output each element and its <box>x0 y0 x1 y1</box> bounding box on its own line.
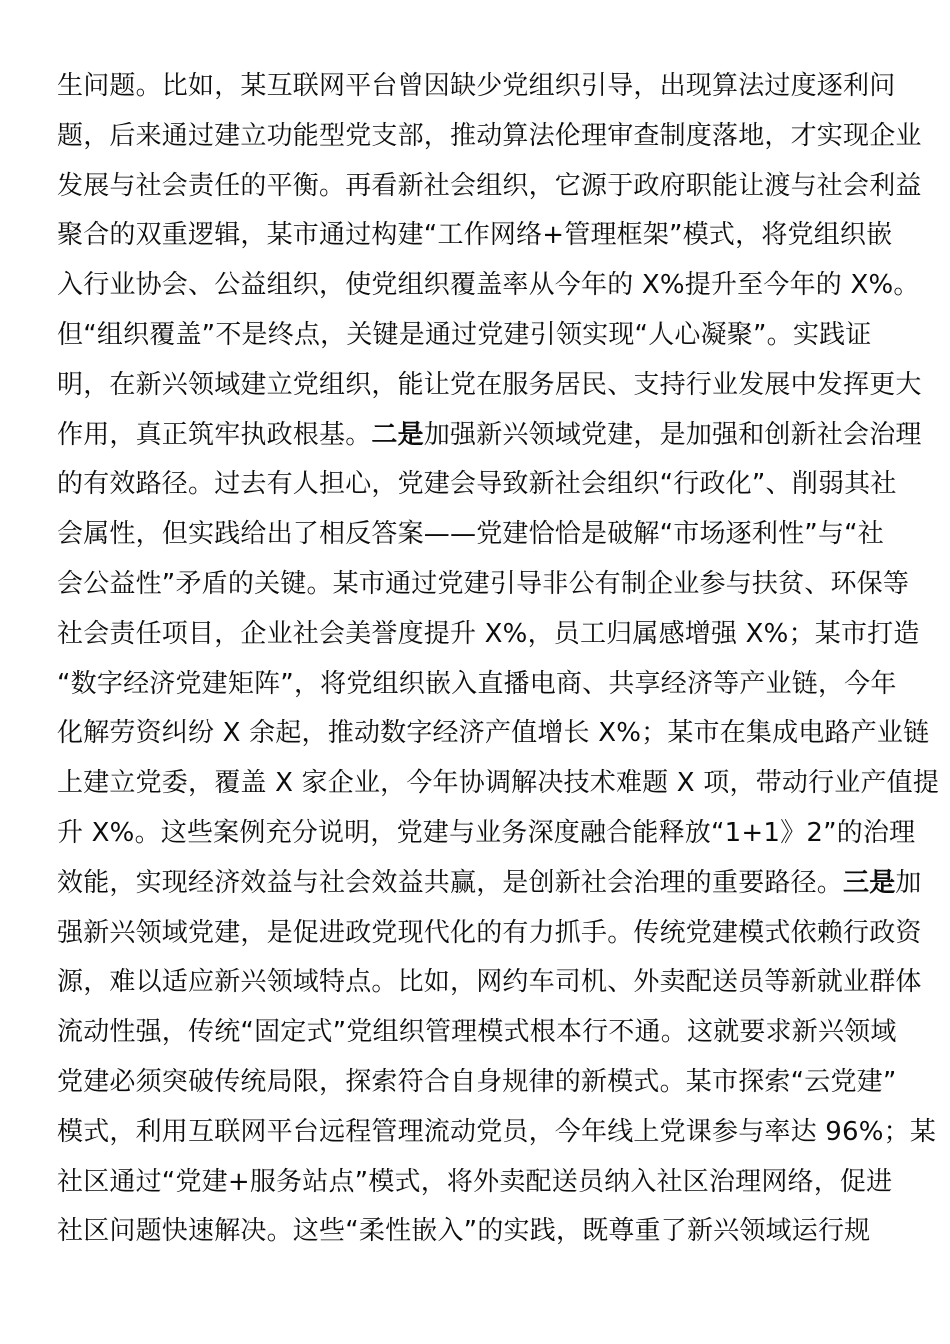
text-segment: 上建立党委，覆盖 X 家企业，今年协调解决技术难题 X 项，带动行业产值提 <box>57 768 939 798</box>
document-page: 生问题。比如，某互联网平台曾因缺少党组织引导，出现算法过度逐利问题，后来通过建立… <box>0 0 950 1344</box>
text-line: 题，后来通过建立功能型党支部，推动算法伦理审查制度落地，才实现企业 <box>57 112 902 162</box>
text-segment: 生问题。比如，某互联网平台曾因缺少党组织引导，出现算法过度逐利问 <box>57 71 895 101</box>
text-segment: 源，难以适应新兴领域特点。比如，网约车司机、外卖配送员等新就业群体 <box>57 967 922 997</box>
text-segment: 党建必须突破传统局限，探索符合自身规律的新模式。某市探索“云党建” <box>57 1067 897 1097</box>
text-segment: 明，在新兴领域建立党组织，能让党在服务居民、支持行业发展中发挥更大 <box>57 370 922 400</box>
text-segment: 化解劳资纠纷 X 余起，推动数字经济产值增长 X%；某市在集成电路产业链 <box>57 718 929 748</box>
text-line: 化解劳资纠纷 X 余起，推动数字经济产值增长 X%；某市在集成电路产业链 <box>57 709 902 759</box>
text-segment: 但“组织覆盖”不是终点，关键是通过党建引领实现“人心凝聚”。实践证 <box>57 320 871 350</box>
text-line: 入行业协会、公益组织，使党组织覆盖率从今年的 X%提升至今年的 X%。 <box>57 261 902 311</box>
bold-text-segment: 二是 <box>371 420 423 450</box>
text-segment: “数字经济党建矩阵”，将党组织嵌入直播电商、共享经济等产业链，今年 <box>57 669 897 699</box>
text-segment: 加强新兴领域党建，是加强和创新社会治理 <box>424 420 922 450</box>
text-line: 作用，真正筑牢执政根基。二是加强新兴领域党建，是加强和创新社会治理 <box>57 411 902 461</box>
text-segment: 入行业协会、公益组织，使党组织覆盖率从今年的 X%提升至今年的 X%。 <box>57 270 920 300</box>
text-segment: 升 X%。这些案例充分说明，党建与业务深度融合能释放“1+1》2”的治理 <box>57 818 915 848</box>
text-segment: 会属性，但实践给出了相反答案——党建恰恰是破解“市场逐利性”与“社 <box>57 519 884 549</box>
text-line: 的有效路径。过去有人担心，党建会导致新社会组织“行政化”、削弱其社 <box>57 460 902 510</box>
text-line: 流动性强，传统“固定式”党组织管理模式根本行不通。这就要求新兴领域 <box>57 1008 902 1058</box>
text-line: 社区通过“党建+服务站点”模式，将外卖配送员纳入社区治理网络，促进 <box>57 1158 902 1208</box>
text-line: 上建立党委，覆盖 X 家企业，今年协调解决技术难题 X 项，带动行业产值提 <box>57 759 902 809</box>
text-segment: 的有效路径。过去有人担心，党建会导致新社会组织“行政化”、削弱其社 <box>57 469 897 499</box>
text-segment: 社区问题快速解决。这些“柔性嵌入”的实践，既尊重了新兴领域运行规 <box>57 1216 870 1246</box>
text-line: 社会责任项目，企业社会美誉度提升 X%，员工归属感增强 X%；某市打造 <box>57 610 902 660</box>
text-segment: 发展与社会责任的平衡。再看新社会组织，它源于政府职能让渡与社会利益 <box>57 171 922 201</box>
text-line: 会公益性”矛盾的关键。某市通过党建引导非公有制企业参与扶贫、环保等 <box>57 560 902 610</box>
text-segment: 作用，真正筑牢执政根基。 <box>57 420 371 450</box>
text-line: 党建必须突破传统局限，探索符合自身规律的新模式。某市探索“云党建” <box>57 1058 902 1108</box>
text-segment: 流动性强，传统“固定式”党组织管理模式根本行不通。这就要求新兴领域 <box>57 1017 897 1047</box>
text-line: 聚合的双重逻辑，某市通过构建“工作网络+管理框架”模式，将党组织嵌 <box>57 211 902 261</box>
text-segment: 模式，利用互联网平台远程管理流动党员，今年线上党课参与率达 96%；某 <box>57 1117 936 1147</box>
text-line: 强新兴领域党建，是促进政党现代化的有力抓手。传统党建模式依赖行政资 <box>57 909 902 959</box>
text-line: 模式，利用互联网平台远程管理流动党员，今年线上党课参与率达 96%；某 <box>57 1108 902 1158</box>
text-line: 源，难以适应新兴领域特点。比如，网约车司机、外卖配送员等新就业群体 <box>57 958 902 1008</box>
text-line: 但“组织覆盖”不是终点，关键是通过党建引领实现“人心凝聚”。实践证 <box>57 311 902 361</box>
text-line: 会属性，但实践给出了相反答案——党建恰恰是破解“市场逐利性”与“社 <box>57 510 902 560</box>
text-segment: 社区通过“党建+服务站点”模式，将外卖配送员纳入社区治理网络，促进 <box>57 1167 892 1197</box>
text-segment: 加 <box>895 868 921 898</box>
text-line: “数字经济党建矩阵”，将党组织嵌入直播电商、共享经济等产业链，今年 <box>57 660 902 710</box>
text-line: 效能，实现经济效益与社会效益共赢，是创新社会治理的重要路径。三是加 <box>57 859 902 909</box>
text-segment: 强新兴领域党建，是促进政党现代化的有力抓手。传统党建模式依赖行政资 <box>57 918 922 948</box>
text-segment: 题，后来通过建立功能型党支部，推动算法伦理审查制度落地，才实现企业 <box>57 121 922 151</box>
text-line: 生问题。比如，某互联网平台曾因缺少党组织引导，出现算法过度逐利问 <box>57 62 902 112</box>
text-line: 社区问题快速解决。这些“柔性嵌入”的实践，既尊重了新兴领域运行规 <box>57 1207 902 1257</box>
bold-text-segment: 三是 <box>843 868 895 898</box>
text-line: 发展与社会责任的平衡。再看新社会组织，它源于政府职能让渡与社会利益 <box>57 162 902 212</box>
text-segment: 聚合的双重逻辑，某市通过构建“工作网络+管理框架”模式，将党组织嵌 <box>57 220 892 250</box>
text-segment: 会公益性”矛盾的关键。某市通过党建引导非公有制企业参与扶贫、环保等 <box>57 569 909 599</box>
text-line: 升 X%。这些案例充分说明，党建与业务深度融合能释放“1+1》2”的治理 <box>57 809 902 859</box>
text-segment: 效能，实现经济效益与社会效益共赢，是创新社会治理的重要路径。 <box>57 868 843 898</box>
text-line: 明，在新兴领域建立党组织，能让党在服务居民、支持行业发展中发挥更大 <box>57 361 902 411</box>
text-segment: 社会责任项目，企业社会美誉度提升 X%，员工归属感增强 X%；某市打造 <box>57 619 920 649</box>
document-body: 生问题。比如，某互联网平台曾因缺少党组织引导，出现算法过度逐利问题，后来通过建立… <box>57 62 902 1257</box>
